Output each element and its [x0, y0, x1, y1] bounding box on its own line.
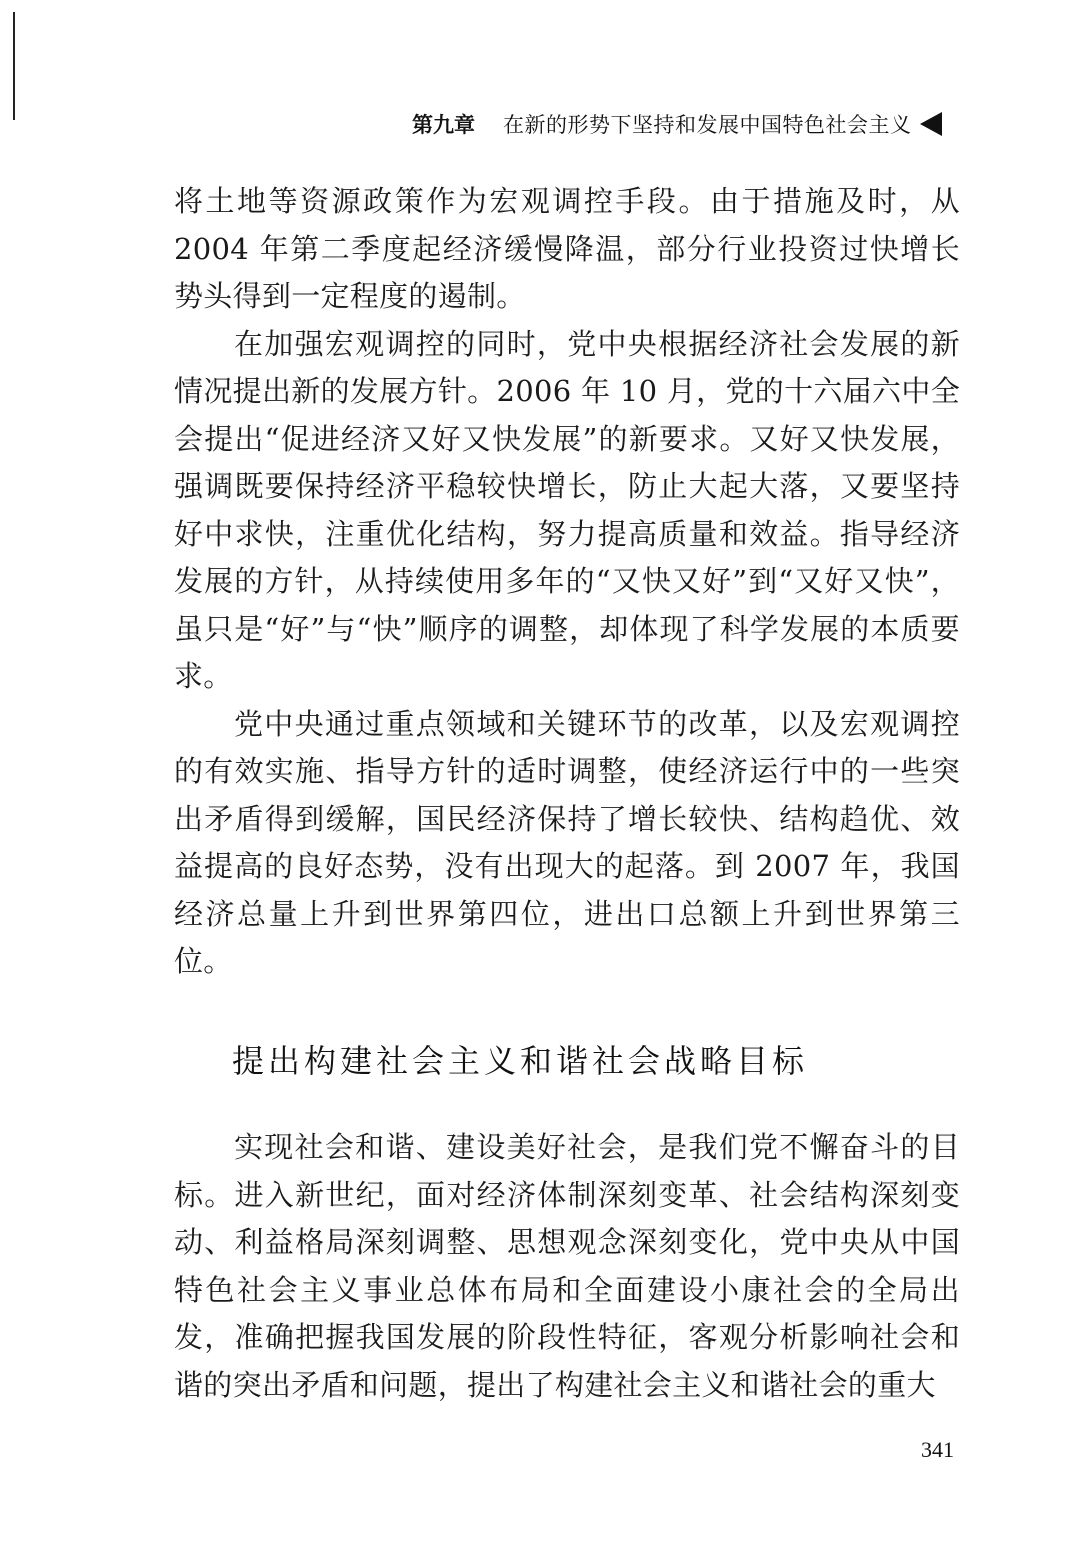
paragraph-harmonious-society: 实现社会和谐、建设美好社会，是我们党不懈奋斗的目标。进入新世纪，面对经济体制深刻…: [174, 1124, 960, 1409]
chapter-number: 第九章: [412, 109, 475, 139]
page-number: 341: [921, 1437, 954, 1463]
triangle-left-marker-icon: [920, 112, 942, 136]
body-text-after-heading: 实现社会和谐、建设美好社会，是我们党不懈奋斗的目标。进入新世纪，面对经济体制深刻…: [174, 1124, 960, 1409]
section-heading: 提出构建社会主义和谐社会战略目标: [232, 1036, 808, 1082]
running-head: 第九章 在新的形势下坚持和发展中国特色社会主义: [412, 106, 992, 142]
binding-edge-line: [13, 12, 15, 120]
paragraph-policy-guideline: 在加强宏观调控的同时，党中央根据经济社会发展的新情况提出新的发展方针。2006 …: [174, 321, 960, 701]
body-text-before-heading: 将土地等资源政策作为宏观调控手段。由于措施及时，从2004 年第二季度起经济缓慢…: [174, 178, 960, 986]
chapter-title: 在新的形势下坚持和发展中国特色社会主义: [503, 109, 912, 139]
paragraph-economic-results: 党中央通过重点领域和关键环节的改革，以及宏观调控的有效实施、指导方针的适时调整，…: [174, 701, 960, 986]
paragraph-continuation: 将土地等资源政策作为宏观调控手段。由于措施及时，从2004 年第二季度起经济缓慢…: [174, 178, 960, 321]
